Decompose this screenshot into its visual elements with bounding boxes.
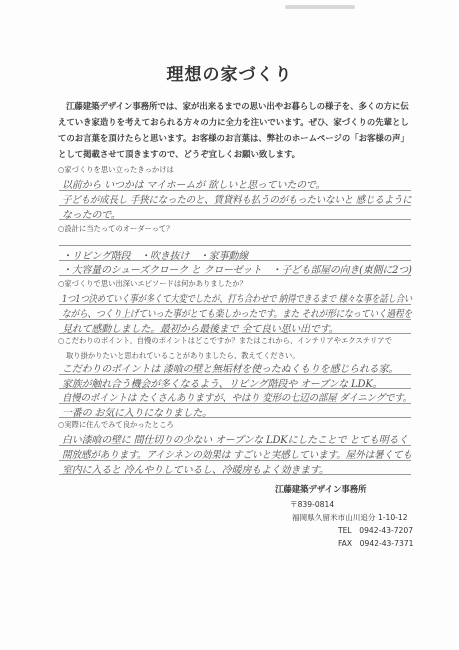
answer-line: 自慢のポイントは たくさんありますが、やはり 変形の七辺の部屋 ダイニングです。 (62, 389, 412, 404)
question-living: ○実際に住んでみて良かったところ (58, 420, 174, 430)
rule-line (59, 417, 411, 418)
question-motivation: ○家づくりを思い立ったきっかけは (58, 165, 174, 175)
question-highlights: ○こだわりのポイント、自慢のポイントはどこですか？またはこれから、インテリアやエ… (58, 336, 392, 346)
answer-line: ながら、つくり上げていった事がとても楽しかったです。また それが形になっていく過… (62, 305, 412, 320)
rule-line (59, 245, 411, 246)
question-design-order: ○設計に当たってのオーダーって？ (58, 224, 174, 234)
address: 福岡県久留米市山川追分 1-10-12 (292, 512, 408, 523)
page-title: 理想の家づくり (0, 60, 459, 85)
fax-number: FAX 0942-43-7371 (338, 538, 413, 549)
company-name: 江藤建築デザイン事務所 (275, 483, 367, 495)
answer-line: 1つ1つ決めていく事が多くて大変でしたが、打ち合わせで 納得できるまで 様々な事… (62, 290, 412, 305)
postal-code: 〒839-0814 (290, 499, 334, 510)
answer-line: こだわりのポイントは 漆喰の壁と無垢材を使ったぬくもりを感じられる家。 (62, 360, 398, 375)
answer-line: 白い漆喰の壁に 間仕切りの少ない オープンな LDKにしたことで とても明るく (62, 431, 408, 446)
rule-line (59, 219, 411, 220)
answer-line: 開放感があります。アイシネンの効果は すごいと実感しています。屋外は暑くても (62, 446, 412, 461)
tel-number: TEL 0942-43-7207 (338, 525, 413, 536)
answer-line: 子どもが成長し 手狭になったのと、賃貸料も払うのがもったいないと 感じるように (62, 191, 412, 206)
scan-artifact (285, 5, 355, 9)
rule-line (59, 275, 411, 276)
answer-line: 以前から いつかは マイホームが 欲しいと思っていたので。 (62, 176, 325, 191)
question-episode: ○家づくりで思い出深いエピソードは何かありましたか？ (58, 279, 247, 289)
answer-line: ・大容量のシューズクローク と クローゼット ・子ども部屋の向き(東側に2つ) (62, 261, 412, 276)
rule-line (59, 474, 411, 475)
intro-paragraph: 江藤建築デザイン事務所では、家が出来るまでの思い出やお暮らしの様子を、多くの方に… (58, 98, 416, 162)
rule-line (59, 333, 411, 334)
